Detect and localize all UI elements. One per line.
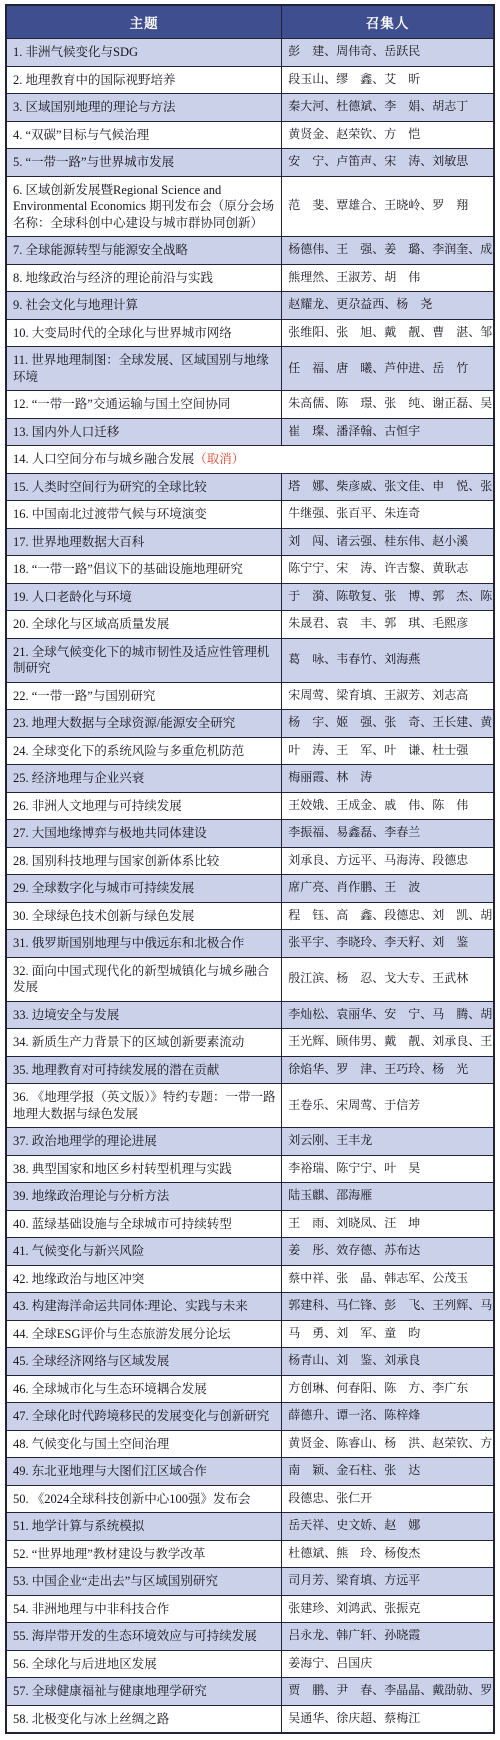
- convener-cell: 刘云刚、王丰龙: [282, 1128, 494, 1156]
- topic-cell: 23. 地理大数据与全球资源/能源安全研究: [6, 710, 282, 738]
- convener-cell: 梅丽霞、林 涛: [282, 765, 494, 793]
- topic-cell: 16. 中国南北过渡带气候与环境演变: [6, 501, 282, 529]
- convener-cell: 刘承良、方远平、马海涛、段德忠: [282, 847, 494, 875]
- table-row: 1. 非洲气候变化与SDG 彭 建、周伟奇、岳跃民: [6, 39, 494, 67]
- topic-cell: 30. 全球绿色技术创新与绿色发展: [6, 902, 282, 930]
- convener-cell: 贾 鹏、尹 春、李晶晶、戴劭勍、罗维聪: [282, 1678, 494, 1706]
- topic-cell: 37. 政治地理学的理论进展: [6, 1128, 282, 1156]
- topic-text: 35. 地理教育对可持续发展的潜在贡献: [13, 1063, 219, 1077]
- topic-cell: 57. 全球健康福祉与健康地理学研究: [6, 1678, 282, 1706]
- topic-cell: 36. 《地理学报（英文版）》特约专题：一带一路地理大数据与绿色发展: [6, 1084, 282, 1128]
- topic-text: 30. 全球绿色技术创新与绿色发展: [13, 909, 194, 923]
- table-row: 57. 全球健康福祉与健康地理学研究 贾 鹏、尹 春、李晶晶、戴劭勍、罗维聪: [6, 1678, 494, 1706]
- topic-cell: 49. 东北亚地理与大图们江区域合作: [6, 1458, 282, 1486]
- page: 主题 召集人 1. 非洲气候变化与SDG 彭 建、周伟奇、岳跃民 2. 地理教育…: [0, 0, 500, 1740]
- topic-text: 48. 气候变化与国土空间治理: [13, 1437, 169, 1451]
- topic-cell: 5. “一带一路”与世界城市发展: [6, 149, 282, 177]
- table-row: 19. 人口老龄化与环境 于 漪、陈敬复、张 博、郭 杰、陈 春: [6, 583, 494, 611]
- topic-text: 29. 全球数字化与城市可持续发展: [13, 881, 194, 895]
- topic-cell: 3. 区域国别地理的理论与方法: [6, 94, 282, 122]
- convener-cell: 杨青山、刘 鉴、刘承良: [282, 1348, 494, 1376]
- table-row: 48. 气候变化与国土空间治理 黄贤金、陈睿山、杨 洪、赵荣钦、方 恺: [6, 1430, 494, 1458]
- topic-text: 36. 《地理学报（英文版）》特约专题：一带一路地理大数据与绿色发展: [13, 1090, 276, 1121]
- topic-text: 6. 区域创新发展暨Regional Science and Environme…: [13, 183, 274, 230]
- table-row: 16. 中国南北过渡带气候与环境演变 牛继强、张百平、朱连奇: [6, 501, 494, 529]
- convener-cell: 葛 咏、韦春竹、刘海燕: [282, 638, 494, 682]
- topic-text: 7. 全球能源转型与能源安全战略: [13, 243, 188, 257]
- topic-cell: 39. 地缘政治理论与分析方法: [6, 1183, 282, 1211]
- convener-cell: 薛德升、谭一洺、陈梓烽: [282, 1403, 494, 1431]
- convener-cell: 张建珍、刘鸿武、张振克: [282, 1595, 494, 1623]
- topic-text: 18. “一带一路”倡议下的基础设施地理研究: [13, 562, 243, 576]
- topic-text: 13. 国内外人口迁移: [13, 425, 119, 439]
- topic-text: 34. 新质生产力背景下的区域创新要素流动: [13, 1035, 244, 1049]
- table-row: 38. 典型国家和地区乡村转型机理与实践 李裕瑞、陈宁宁、叶 昊: [6, 1155, 494, 1183]
- table-row: 9. 社会文化与地理计算 赵耀龙、更尕益西、杨 尧: [6, 292, 494, 320]
- table-row: 55. 海岸带开发的生态环境效应与可持续发展 吕永龙、韩广轩、孙晓霞: [6, 1623, 494, 1651]
- table-row: 56. 全球化与后进地区发展 姜海宁、吕国庆: [6, 1650, 494, 1678]
- topic-text: 58. 北极变化与冰上丝绸之路: [13, 1712, 169, 1726]
- table-row: 42. 地缘政治与地区冲突 蔡中祥、张 晶、韩志军、公茂玉: [6, 1265, 494, 1293]
- convener-cell: 岳天祥、史文娇、赵 娜: [282, 1513, 494, 1541]
- topic-text: 9. 社会文化与地理计算: [13, 298, 138, 312]
- table-row: 7. 全球能源转型与能源安全战略 杨德伟、王 强、姜 璐、李润奎、成 璐: [6, 237, 494, 265]
- table-row: 53. 中国企业“走出去”与区域国别研究 司月芳、梁育填、方远平: [6, 1568, 494, 1596]
- convener-cell: 段玉山、缪 鑫、艾 昕: [282, 66, 494, 94]
- table-row: 18. “一带一路”倡议下的基础设施地理研究 陈宁宁、宋 涛、许吉黎、黄耿志: [6, 556, 494, 584]
- convener-cell: 于 漪、陈敬复、张 博、郭 杰、陈 春: [282, 583, 494, 611]
- table-row: 17. 世界地理数据大百科 刘 闯、诸云强、桂东伟、赵小溪: [6, 528, 494, 556]
- topic-cell: 53. 中国企业“走出去”与区域国别研究: [6, 1568, 282, 1596]
- convener-cell: 杨德伟、王 强、姜 璐、李润奎、成 璐: [282, 237, 494, 265]
- topic-cell: 56. 全球化与后进地区发展: [6, 1650, 282, 1678]
- table-body: 1. 非洲气候变化与SDG 彭 建、周伟奇、岳跃民 2. 地理教育中的国际视野培…: [6, 39, 494, 1734]
- topic-text: 38. 典型国家和地区乡村转型机理与实践: [13, 1162, 232, 1176]
- convener-cell: 刘 闯、诸云强、桂东伟、赵小溪: [282, 528, 494, 556]
- topic-cell: 52. “世界地理”教材建设与教学改革: [6, 1540, 282, 1568]
- topic-text: 31. 俄罗斯国别地理与中俄远东和北极合作: [13, 936, 244, 950]
- table-row: 51. 地学计算与系统模拟 岳天祥、史文娇、赵 娜: [6, 1513, 494, 1541]
- table-row: 2. 地理教育中的国际视野培养 段玉山、缪 鑫、艾 昕: [6, 66, 494, 94]
- topic-cell: 33. 边境安全与发展: [6, 1001, 282, 1029]
- topic-text: 45. 全球经济网络与区域发展: [13, 1354, 169, 1368]
- topic-text: 32. 面向中国式现代化的新型城镇化与城乡融合发展: [13, 964, 269, 995]
- table-row: 29. 全球数字化与城市可持续发展 席广亮、肖作鹏、王 波: [6, 875, 494, 903]
- table-row: 27. 大国地缘博弈与极地共同体建设 李振福、易鑫磊、李春兰: [6, 820, 494, 848]
- table-row: 39. 地缘政治理论与分析方法 陆玉麒、邵海雁: [6, 1183, 494, 1211]
- convener-cell: 殷江滨、杨 忍、戈大专、王武林: [282, 957, 494, 1001]
- topic-cell: 51. 地学计算与系统模拟: [6, 1513, 282, 1541]
- topic-cell: 43. 构建海洋命运共同体:理论、实践与未来: [6, 1293, 282, 1321]
- table-row: 37. 政治地理学的理论进展 刘云刚、王丰龙: [6, 1128, 494, 1156]
- table-row: 6. 区域创新发展暨Regional Science and Environme…: [6, 176, 494, 237]
- topic-cell: 2. 地理教育中的国际视野培养: [6, 66, 282, 94]
- topic-cell: 44. 全球ESG评价与生态旅游发展分论坛: [6, 1320, 282, 1348]
- convener-cell: 李灿松、袁丽华、安 宁、马 腾、胡 伟: [282, 1001, 494, 1029]
- table-header: 主题 召集人: [6, 5, 494, 39]
- table-row: 32. 面向中国式现代化的新型城镇化与城乡融合发展 殷江滨、杨 忍、戈大专、王武…: [6, 957, 494, 1001]
- table-row: 26. 非洲人文地理与可持续发展 王姣娥、王成金、戚 伟、陈 伟: [6, 792, 494, 820]
- table-row: 5. “一带一路”与世界城市发展 安 宁、卢笛声、宋 涛、刘敏思: [6, 149, 494, 177]
- convener-cell: 熊理然、王淑芳、胡 伟: [282, 264, 494, 292]
- topic-cell: 31. 俄罗斯国别地理与中俄远东和北极合作: [6, 930, 282, 958]
- cancelled-note: （取消）: [194, 452, 244, 466]
- topic-text: 15. 人类时空间行为研究的全球比较: [13, 480, 207, 494]
- topic-cell: 25. 经济地理与企业兴衰: [6, 765, 282, 793]
- convener-cell: 吴通华、徐庆超、蔡梅江: [282, 1705, 494, 1733]
- table-row: 43. 构建海洋命运共同体:理论、实践与未来 郭建科、马仁锋、彭 飞、王列辉、马…: [6, 1293, 494, 1321]
- topic-cell: 42. 地缘政治与地区冲突: [6, 1265, 282, 1293]
- topic-cell: 19. 人口老龄化与环境: [6, 583, 282, 611]
- topic-text: 44. 全球ESG评价与生态旅游发展分论坛: [13, 1327, 230, 1341]
- topic-text: 26. 非洲人文地理与可持续发展: [13, 799, 182, 813]
- convener-cell: 张维阳、张 旭、戴 靓、曹 湛、邹小华: [282, 319, 494, 347]
- convener-cell: 任 福、唐 曦、芦仲进、岳 竹: [282, 347, 494, 391]
- table-row: 25. 经济地理与企业兴衰 梅丽霞、林 涛: [6, 765, 494, 793]
- topic-text: 49. 东北亚地理与大图们江区域合作: [13, 1464, 207, 1478]
- table-row: 40. 蓝绿基础设施与全球城市可持续转型 王 雨、刘晓凤、汪 坤: [6, 1210, 494, 1238]
- convener-cell: 程 钰、高 鑫、段德忠、刘 凯、胡志强: [282, 902, 494, 930]
- convener-cell: 朱高儒、陈 璟、张 纯、谢正磊、吴大放: [282, 391, 494, 419]
- table-row: 54. 非洲地理与中非科技合作 张建珍、刘鸿武、张振克: [6, 1595, 494, 1623]
- table-row: 44. 全球ESG评价与生态旅游发展分论坛 马 勇、刘 军、童 昀: [6, 1320, 494, 1348]
- table-row: 31. 俄罗斯国别地理与中俄远东和北极合作 张平宇、李晓玲、李天籽、刘 鉴: [6, 930, 494, 958]
- topic-cell: 8. 地缘政治与经济的理论前沿与实践: [6, 264, 282, 292]
- convener-cell: 安 宁、卢笛声、宋 涛、刘敏思: [282, 149, 494, 177]
- table-row: 50. 《2024全球科技创新中心100强》发布会 段德忠、张仁开: [6, 1485, 494, 1513]
- convener-cell: 姜 彤、效存德、苏布达: [282, 1238, 494, 1266]
- topic-text: 47. 全球化时代跨境移民的发展变化与创新研究: [13, 1409, 269, 1423]
- table-row: 11. 世界地理制图：全球发展、区域国别与地缘环境 任 福、唐 曦、芦仲进、岳 …: [6, 347, 494, 391]
- table-row: 15. 人类时空间行为研究的全球比较 塔 娜、柴彦威、张文佳、申 悦、张 艳: [6, 473, 494, 501]
- topic-text: 4. “双碳”目标与气候治理: [13, 128, 149, 142]
- topic-cell: 26. 非洲人文地理与可持续发展: [6, 792, 282, 820]
- convener-cell: 范 斐、覃雄合、王晓岭、罗 翔: [282, 176, 494, 237]
- convener-cell: 彭 建、周伟奇、岳跃民: [282, 39, 494, 67]
- topic-cell: 7. 全球能源转型与能源安全战略: [6, 237, 282, 265]
- convener-cell: 王光辉、顾伟男、戴 靓、刘承良、王 亮: [282, 1029, 494, 1057]
- convener-cell: 王 雨、刘晓凤、汪 坤: [282, 1210, 494, 1238]
- convener-cell: 姜海宁、吕国庆: [282, 1650, 494, 1678]
- convener-cell: 杨 宇、姬 强、张 奇、王长建、黄 平: [282, 710, 494, 738]
- table-row: 12. “一带一路”交通运输与国土空间协同 朱高儒、陈 璟、张 纯、谢正磊、吴大…: [6, 391, 494, 419]
- topic-text: 22. “一带一路”与国别研究: [13, 689, 155, 703]
- topic-cell: 27. 大国地缘博弈与极地共同体建设: [6, 820, 282, 848]
- topic-cell: 6. 区域创新发展暨Regional Science and Environme…: [6, 176, 282, 237]
- topic-text: 41. 气候变化与新兴风险: [13, 1244, 144, 1258]
- convener-cell: 马 勇、刘 军、童 昀: [282, 1320, 494, 1348]
- topic-text: 43. 构建海洋命运共同体:理论、实践与未来: [13, 1299, 248, 1313]
- topic-cell: 50. 《2024全球科技创新中心100强》发布会: [6, 1485, 282, 1513]
- convener-cell: 李振福、易鑫磊、李春兰: [282, 820, 494, 848]
- table-row: 33. 边境安全与发展 李灿松、袁丽华、安 宁、马 腾、胡 伟: [6, 1001, 494, 1029]
- topic-cell: 34. 新质生产力背景下的区域创新要素流动: [6, 1029, 282, 1057]
- topic-text: 11. 世界地理制图：全球发展、区域国别与地缘环境: [13, 353, 269, 384]
- convener-cell: 黄贤金、陈睿山、杨 洪、赵荣钦、方 恺: [282, 1430, 494, 1458]
- table-row: 49. 东北亚地理与大图们江区域合作 南 颖、金石柱、张 达: [6, 1458, 494, 1486]
- topic-text: 53. 中国企业“走出去”与区域国别研究: [13, 1574, 218, 1588]
- convener-cell: 崔 璨、潘泽翰、古恒宇: [282, 418, 494, 446]
- topic-text: 57. 全球健康福祉与健康地理学研究: [13, 1684, 207, 1698]
- topic-text: 54. 非洲地理与中非科技合作: [13, 1602, 169, 1616]
- convener-cell: 司月芳、梁育填、方远平: [282, 1568, 494, 1596]
- topic-text: 20. 全球化与区域高质量发展: [13, 617, 169, 631]
- topic-text: 51. 地学计算与系统模拟: [13, 1519, 144, 1533]
- topic-text: 55. 海岸带开发的生态环境效应与可持续发展: [13, 1629, 257, 1643]
- convener-cell: 段德忠、张仁开: [282, 1485, 494, 1513]
- convener-cell: 朱晟君、袁 丰、郭 琪、毛熙彦: [282, 611, 494, 639]
- topic-cell: 21. 全球气候变化下的城市韧性及适应性管理机制研究: [6, 638, 282, 682]
- table-row: 52. “世界地理”教材建设与教学改革 杜德斌、熊 玲、杨俊杰: [6, 1540, 494, 1568]
- convener-cell: 张平宇、李晓玲、李天籽、刘 鉴: [282, 930, 494, 958]
- topic-cell: 18. “一带一路”倡议下的基础设施地理研究: [6, 556, 282, 584]
- topic-cell: 35. 地理教育对可持续发展的潜在贡献: [6, 1056, 282, 1084]
- topic-text: 56. 全球化与后进地区发展: [13, 1657, 157, 1671]
- convener-cell: 席广亮、肖作鹏、王 波: [282, 875, 494, 903]
- topic-text: 46. 全球城市化与生态环境耦合发展: [13, 1382, 207, 1396]
- table-row: 3. 区域国别地理的理论与方法 秦大河、杜德斌、李 娟、胡志丁: [6, 94, 494, 122]
- convener-cell: 方创琳、何春阳、陈 方、李广东: [282, 1375, 494, 1403]
- topic-text: 28. 国别科技地理与国家创新体系比较: [13, 854, 219, 868]
- convener-cell: 牛继强、张百平、朱连奇: [282, 501, 494, 529]
- topic-cell: 11. 世界地理制图：全球发展、区域国别与地缘环境: [6, 347, 282, 391]
- topic-text: 3. 区域国别地理的理论与方法: [13, 100, 176, 114]
- topic-cell: 32. 面向中国式现代化的新型城镇化与城乡融合发展: [6, 957, 282, 1001]
- topic-cell: 15. 人类时空间行为研究的全球比较: [6, 473, 282, 501]
- convener-cell: 黄贤金、赵荣钦、方 恺: [282, 121, 494, 149]
- header-convener: 召集人: [282, 5, 494, 39]
- topic-cell: 41. 气候变化与新兴风险: [6, 1238, 282, 1266]
- table-row: 22. “一带一路”与国别研究 宋周莺、梁育填、王淑芳、刘志高: [6, 682, 494, 710]
- convener-cell: 徐焰华、罗 津、王巧玲、杨 光: [282, 1056, 494, 1084]
- convener-cell: 杜德斌、熊 玲、杨俊杰: [282, 1540, 494, 1568]
- table-row: 34. 新质生产力背景下的区域创新要素流动 王光辉、顾伟男、戴 靓、刘承良、王 …: [6, 1029, 494, 1057]
- topic-text: 19. 人口老龄化与环境: [13, 590, 132, 604]
- topic-text: 25. 经济地理与企业兴衰: [13, 771, 144, 785]
- topic-cell: 48. 气候变化与国土空间治理: [6, 1430, 282, 1458]
- topic-cell: 24. 全球变化下的系统风险与多重危机防范: [6, 737, 282, 765]
- topic-text: 12. “一带一路”交通运输与国土空间协同: [13, 397, 230, 411]
- table-row: 35. 地理教育对可持续发展的潜在贡献 徐焰华、罗 津、王巧玲、杨 光: [6, 1056, 494, 1084]
- topic-text: 8. 地缘政治与经济的理论前沿与实践: [13, 271, 213, 285]
- topic-text: 50. 《2024全球科技创新中心100强》发布会: [13, 1492, 251, 1506]
- topic-text: 21. 全球气候变化下的城市韧性及适应性管理机制研究: [13, 645, 269, 676]
- topic-cell: 45. 全球经济网络与区域发展: [6, 1348, 282, 1376]
- topic-cell: 12. “一带一路”交通运输与国土空间协同: [6, 391, 282, 419]
- convener-cell: 宋周莺、梁育填、王淑芳、刘志高: [282, 682, 494, 710]
- table-row: 23. 地理大数据与全球资源/能源安全研究 杨 宇、姬 强、张 奇、王长建、黄 …: [6, 710, 494, 738]
- table-row: 24. 全球变化下的系统风险与多重危机防范 叶 涛、王 军、叶 谦、杜士强: [6, 737, 494, 765]
- header-topic: 主题: [6, 5, 282, 39]
- convener-cell: 秦大河、杜德斌、李 娟、胡志丁: [282, 94, 494, 122]
- topic-cell: 4. “双碳”目标与气候治理: [6, 121, 282, 149]
- topic-cell: 13. 国内外人口迁移: [6, 418, 282, 446]
- topic-cell: 38. 典型国家和地区乡村转型机理与实践: [6, 1155, 282, 1183]
- topic-cell: 28. 国别科技地理与国家创新体系比较: [6, 847, 282, 875]
- topic-text: 27. 大国地缘博弈与极地共同体建设: [13, 826, 207, 840]
- topic-text: 40. 蓝绿基础设施与全球城市可持续转型: [13, 1217, 232, 1231]
- table-row: 47. 全球化时代跨境移民的发展变化与创新研究 薛德升、谭一洺、陈梓烽: [6, 1403, 494, 1431]
- convener-cell: 蔡中祥、张 晶、韩志军、公茂玉: [282, 1265, 494, 1293]
- table-row: 41. 气候变化与新兴风险 姜 彤、效存德、苏布达: [6, 1238, 494, 1266]
- table-row: 45. 全球经济网络与区域发展 杨青山、刘 鉴、刘承良: [6, 1348, 494, 1376]
- topic-text: 33. 边境安全与发展: [13, 1008, 119, 1022]
- table-row: 20. 全球化与区域高质量发展 朱晟君、袁 丰、郭 琪、毛熙彦: [6, 611, 494, 639]
- topic-text: 2. 地理教育中的国际视野培养: [13, 73, 176, 87]
- table-row: 8. 地缘政治与经济的理论前沿与实践 熊理然、王淑芳、胡 伟: [6, 264, 494, 292]
- table-row: 10. 大变局时代的全球化与世界城市网络 张维阳、张 旭、戴 靓、曹 湛、邹小华: [6, 319, 494, 347]
- topic-cell: 58. 北极变化与冰上丝绸之路: [6, 1705, 282, 1733]
- topic-text: 16. 中国南北过渡带气候与环境演变: [13, 507, 207, 521]
- table-row: 4. “双碳”目标与气候治理 黄贤金、赵荣钦、方 恺: [6, 121, 494, 149]
- topic-cell: 9. 社会文化与地理计算: [6, 292, 282, 320]
- convener-cell: 郭建科、马仁锋、彭 飞、王列辉、马学广: [282, 1293, 494, 1321]
- topic-cell: 22. “一带一路”与国别研究: [6, 682, 282, 710]
- topic-cell: 47. 全球化时代跨境移民的发展变化与创新研究: [6, 1403, 282, 1431]
- topic-text: 42. 地缘政治与地区冲突: [13, 1272, 144, 1286]
- convener-cell: 王卷乐、宋周莺、于信芳: [282, 1084, 494, 1128]
- table-row: 13. 国内外人口迁移 崔 璨、潘泽翰、古恒宇: [6, 418, 494, 446]
- topic-text: 37. 政治地理学的理论进展: [13, 1134, 157, 1148]
- topic-cell: 17. 世界地理数据大百科: [6, 528, 282, 556]
- convener-cell: 陈宁宁、宋 涛、许吉黎、黄耿志: [282, 556, 494, 584]
- convener-cell: 赵耀龙、更尕益西、杨 尧: [282, 292, 494, 320]
- topic-text: 24. 全球变化下的系统风险与多重危机防范: [13, 744, 244, 758]
- convener-cell: 南 颖、金石柱、张 达: [282, 1458, 494, 1486]
- topic-text: 23. 地理大数据与全球资源/能源安全研究: [13, 716, 235, 730]
- convener-cell: 李裕瑞、陈宁宁、叶 昊: [282, 1155, 494, 1183]
- topic-cell: 29. 全球数字化与城市可持续发展: [6, 875, 282, 903]
- table-row: 30. 全球绿色技术创新与绿色发展 程 钰、高 鑫、段德忠、刘 凯、胡志强: [6, 902, 494, 930]
- topic-cell: 40. 蓝绿基础设施与全球城市可持续转型: [6, 1210, 282, 1238]
- topic-text: 14. 人口空间分布与城乡融合发展: [13, 452, 194, 466]
- topic-cell: 14. 人口空间分布与城乡融合发展（取消）: [6, 446, 494, 474]
- table-row: 36. 《地理学报（英文版）》特约专题：一带一路地理大数据与绿色发展 王卷乐、宋…: [6, 1084, 494, 1128]
- topic-cell: 46. 全球城市化与生态环境耦合发展: [6, 1375, 282, 1403]
- topic-text: 5. “一带一路”与世界城市发展: [13, 155, 174, 169]
- table-row: 28. 国别科技地理与国家创新体系比较 刘承良、方远平、马海涛、段德忠: [6, 847, 494, 875]
- topic-cell: 20. 全球化与区域高质量发展: [6, 611, 282, 639]
- topic-cell: 54. 非洲地理与中非科技合作: [6, 1595, 282, 1623]
- convener-cell: 王姣娥、王成金、戚 伟、陈 伟: [282, 792, 494, 820]
- table-row: 14. 人口空间分布与城乡融合发展（取消）: [6, 446, 494, 474]
- table-row: 21. 全球气候变化下的城市韧性及适应性管理机制研究 葛 咏、韦春竹、刘海燕: [6, 638, 494, 682]
- topic-text: 39. 地缘政治理论与分析方法: [13, 1189, 169, 1203]
- convener-cell: 叶 涛、王 军、叶 谦、杜士强: [282, 737, 494, 765]
- topic-text: 52. “世界地理”教材建设与教学改革: [13, 1547, 205, 1561]
- convener-cell: 陆玉麒、邵海雁: [282, 1183, 494, 1211]
- header-row: 主题 召集人: [6, 5, 494, 39]
- topic-cell: 10. 大变局时代的全球化与世界城市网络: [6, 319, 282, 347]
- convener-cell: 塔 娜、柴彦威、张文佳、申 悦、张 艳: [282, 473, 494, 501]
- session-table: 主题 召集人 1. 非洲气候变化与SDG 彭 建、周伟奇、岳跃民 2. 地理教育…: [5, 4, 495, 1734]
- topic-text: 1. 非洲气候变化与SDG: [13, 45, 138, 59]
- table-row: 58. 北极变化与冰上丝绸之路 吴通华、徐庆超、蔡梅江: [6, 1705, 494, 1733]
- topic-text: 10. 大变局时代的全球化与世界城市网络: [13, 326, 232, 340]
- convener-cell: 吕永龙、韩广轩、孙晓霞: [282, 1623, 494, 1651]
- table-row: 46. 全球城市化与生态环境耦合发展 方创琳、何春阳、陈 方、李广东: [6, 1375, 494, 1403]
- topic-cell: 55. 海岸带开发的生态环境效应与可持续发展: [6, 1623, 282, 1651]
- topic-cell: 1. 非洲气候变化与SDG: [6, 39, 282, 67]
- topic-text: 17. 世界地理数据大百科: [13, 535, 144, 549]
